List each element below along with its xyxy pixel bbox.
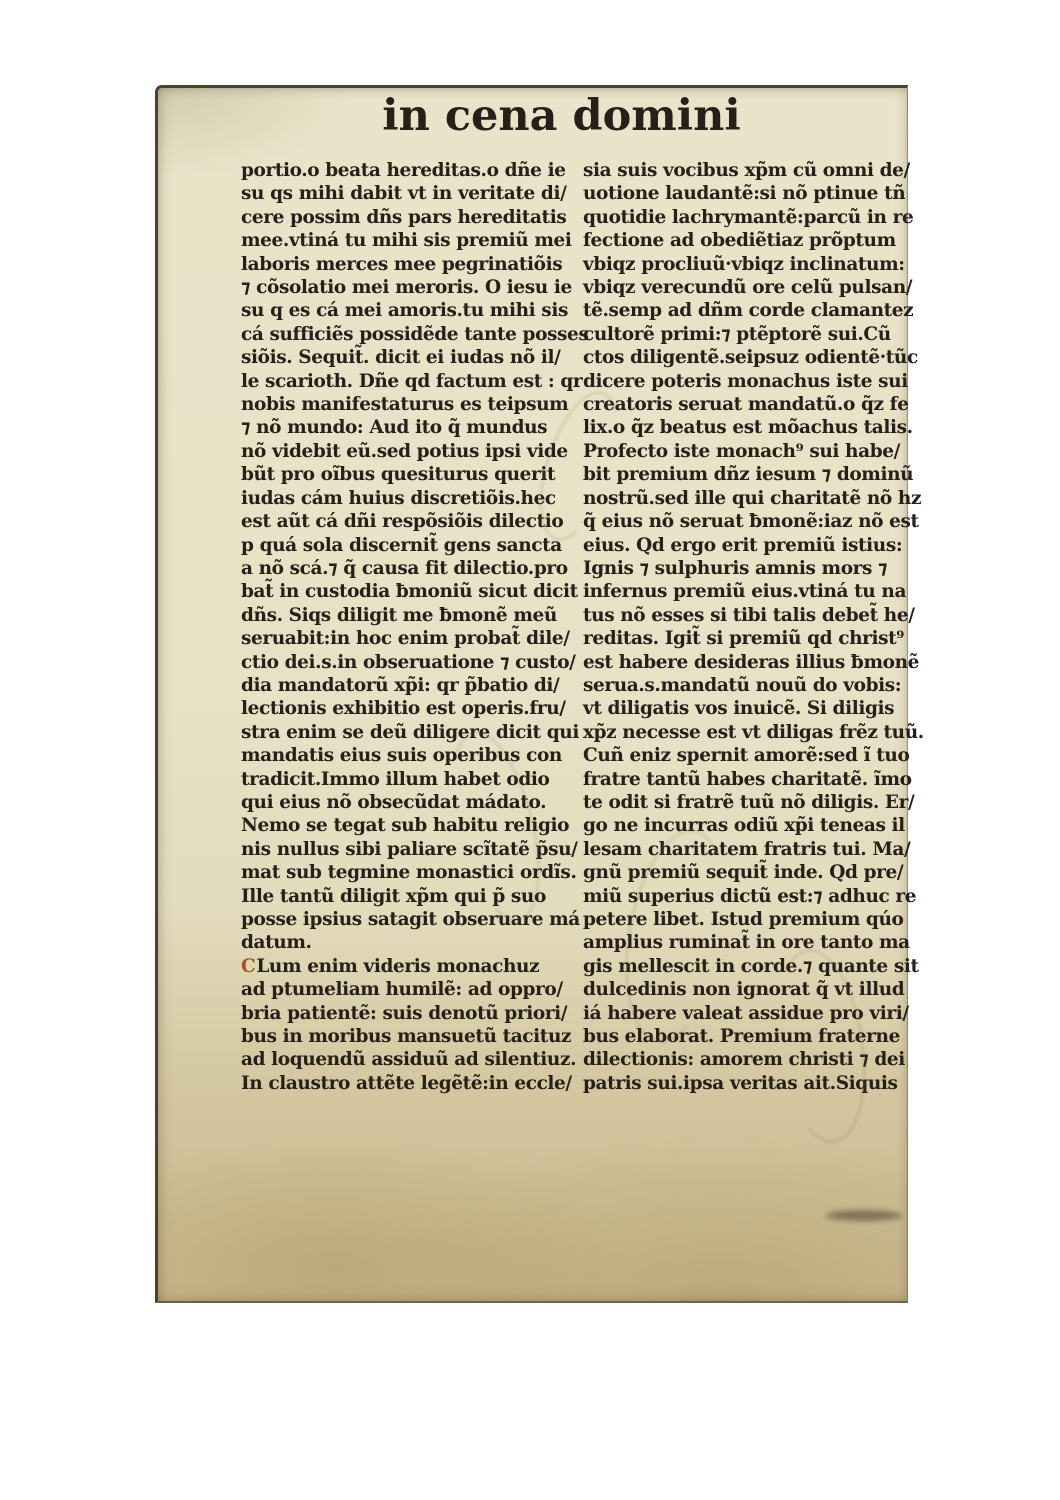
text-line: miũ superius dictũ est:⁊ adhuc re [583, 885, 908, 908]
text-line: datum. [241, 931, 571, 954]
text-line: cultorẽ primi:⁊ ptẽptorẽ sui.Cũ [583, 323, 908, 346]
text-line: nõ videbit eũ.sed potius ipsi vide [241, 440, 571, 463]
text-line: infernus premiũ eius.vtiná tu na [583, 580, 908, 603]
text-line: serua.s.mandatũ nouũ do vobis: [583, 674, 908, 697]
text-line: laboris merces mee pegrinatiõis [241, 253, 571, 276]
text-line: siõis. Sequit̃. dicit ei iudas nõ il/ [241, 346, 571, 369]
text-line: su qs mihi dabit vt in veritate di/ [241, 182, 571, 205]
text-line: ⁊ nõ mundo: Aud ito q̃ mundus [241, 416, 571, 439]
text-line: sia suis vocibus xp̃m cũ omni de/ [583, 159, 908, 182]
text-line: q̃ eius nõ seruat ƀmonẽ:iaz nõ est [583, 510, 908, 533]
text-line: lectionis exhibitio est operis.fru/ [241, 697, 571, 720]
text-line: quotidie lachrymantẽ:parcũ in re [583, 206, 908, 229]
text-line: nobis manifestaturus es teipsum [241, 393, 571, 416]
text-line: ctio dei.s.in obseruatione ⁊ custo/ [241, 651, 571, 674]
text-line: p quá sola discernit̃ gens sancta [241, 534, 571, 557]
text-line: tus nõ esses si tibi talis debet̃ he/ [583, 604, 908, 627]
text-line: vt diligatis vos inuicẽ. Si diligis [583, 697, 908, 720]
text-column-left: portio.o beata hereditas.o dñe iesu qs m… [241, 159, 571, 1095]
page-title: in cena domini [158, 92, 907, 140]
text-line: bus in moribus mansuetũ tacituz [241, 1025, 571, 1048]
text-line: vbiqz procliuũ·vbiqz inclinatum: [583, 253, 908, 276]
text-line: CLum enim videris monachuz [241, 955, 571, 978]
text-line: bria patientẽ: suis denotũ priori/ [241, 1002, 571, 1025]
scan-background: in cena domini portio.o beata hereditas.… [0, 0, 1060, 1500]
text-line: lesam charitatem fratris tui. Ma/ [583, 838, 908, 861]
text-line: reditas. Igit̃ si premiũ qd christ⁹ [583, 627, 908, 650]
text-line: ctos diligentẽ.seipsuz odientẽ·tũc [583, 346, 908, 369]
text-line: est habere desideras illius ƀmonẽ [583, 651, 908, 674]
text-line: cá sufficiẽs possidẽde tante posses [241, 323, 571, 346]
text-line: nostrũ.sed ille qui charitatẽ nõ hz [583, 487, 908, 510]
text-line: ad ptumeliam humilẽ: ad oppro/ [241, 978, 571, 1001]
text-line: est aũt cá dñi respõsiõis dilectio [241, 510, 571, 533]
text-line: Cuñ eniz spernit amorẽ:sed ĩ tuo [583, 744, 908, 767]
text-line: mee.vtiná tu mihi sis premiũ mei [241, 229, 571, 252]
text-line: lix.o q̃z beatus est mõachus talis. [583, 416, 908, 439]
text-line: dia mandatorũ xp̃i: qr p̃batio di/ [241, 674, 571, 697]
text-line: le scarioth. Dñe qd factum est : qr [241, 370, 571, 393]
text-line: stra enim se deũ diligere dicit qui [241, 721, 571, 744]
text-line: In claustro attẽte legẽtẽ:in eccle/ [241, 1072, 571, 1095]
text-line: dicere poteris monachus iste sui [583, 370, 908, 393]
text-line: ⁊ cõsolatio mei meroris. O iesu ie [241, 276, 571, 299]
text-line: fectione ad obediẽtiaz prõptum [583, 229, 908, 252]
text-line: portio.o beata hereditas.o dñe ie [241, 159, 571, 182]
text-line: ad loquendũ assiduũ ad silentiuz. [241, 1048, 571, 1071]
text-line: xp̃z necesse est vt diligas frẽz tuũ. [583, 721, 908, 744]
text-line: creatoris seruat mandatũ.o q̃z fe [583, 393, 908, 416]
book-page: in cena domini portio.o beata hereditas.… [155, 85, 908, 1303]
text-line: Ignis ⁊ sulphuris amnis mors ⁊ [583, 557, 908, 580]
text-line: cere possim dñs pars hereditatis [241, 206, 571, 229]
text-line: su q es cá mei amoris.tu mihi sis [241, 299, 571, 322]
text-line: dñs. Siqs diligit me ƀmonẽ meũ [241, 604, 571, 627]
text-line: tẽ.semp ad dñm corde clamantez [583, 299, 908, 322]
text-line: vbiqz verecundũ ore celũ pulsan/ [583, 276, 908, 299]
ink-smudge [826, 1210, 902, 1221]
text-line: te odit si fratrẽ tuũ nõ diligis. Er/ [583, 791, 908, 814]
text-line: gnũ premiũ sequit̃ inde. Qd pre/ [583, 861, 908, 884]
text-line: a nõ scá.⁊ q̃ causa fit dilectio.pro [241, 557, 571, 580]
text-line: Profecto iste monach⁹ sui habe/ [583, 440, 908, 463]
text-line: mandatis eius suis operibus con [241, 744, 571, 767]
text-line: iudas cám huius discretiõis.hec [241, 487, 571, 510]
text-line: bit premium dñz iesum ⁊ dominũ [583, 463, 908, 486]
text-line: fratre tantũ habes charitatẽ. ĩmo [583, 768, 908, 791]
text-line: go ne incurras odiũ xp̃i teneas il [583, 814, 908, 837]
text-line: bat̃ in custodia ƀmoniũ sicut dicit [241, 580, 571, 603]
text-line: uotione laudantẽ:si nõ ptinue tñ [583, 182, 908, 205]
text-line: seruabit:in hoc enim probat̃ dile/ [241, 627, 571, 650]
rubricated-initial: C [241, 956, 256, 977]
text-line: bũt pro oĩbus quesiturus querit [241, 463, 571, 486]
text-line: eius. Qd ergo erit premiũ istius: [583, 534, 908, 557]
